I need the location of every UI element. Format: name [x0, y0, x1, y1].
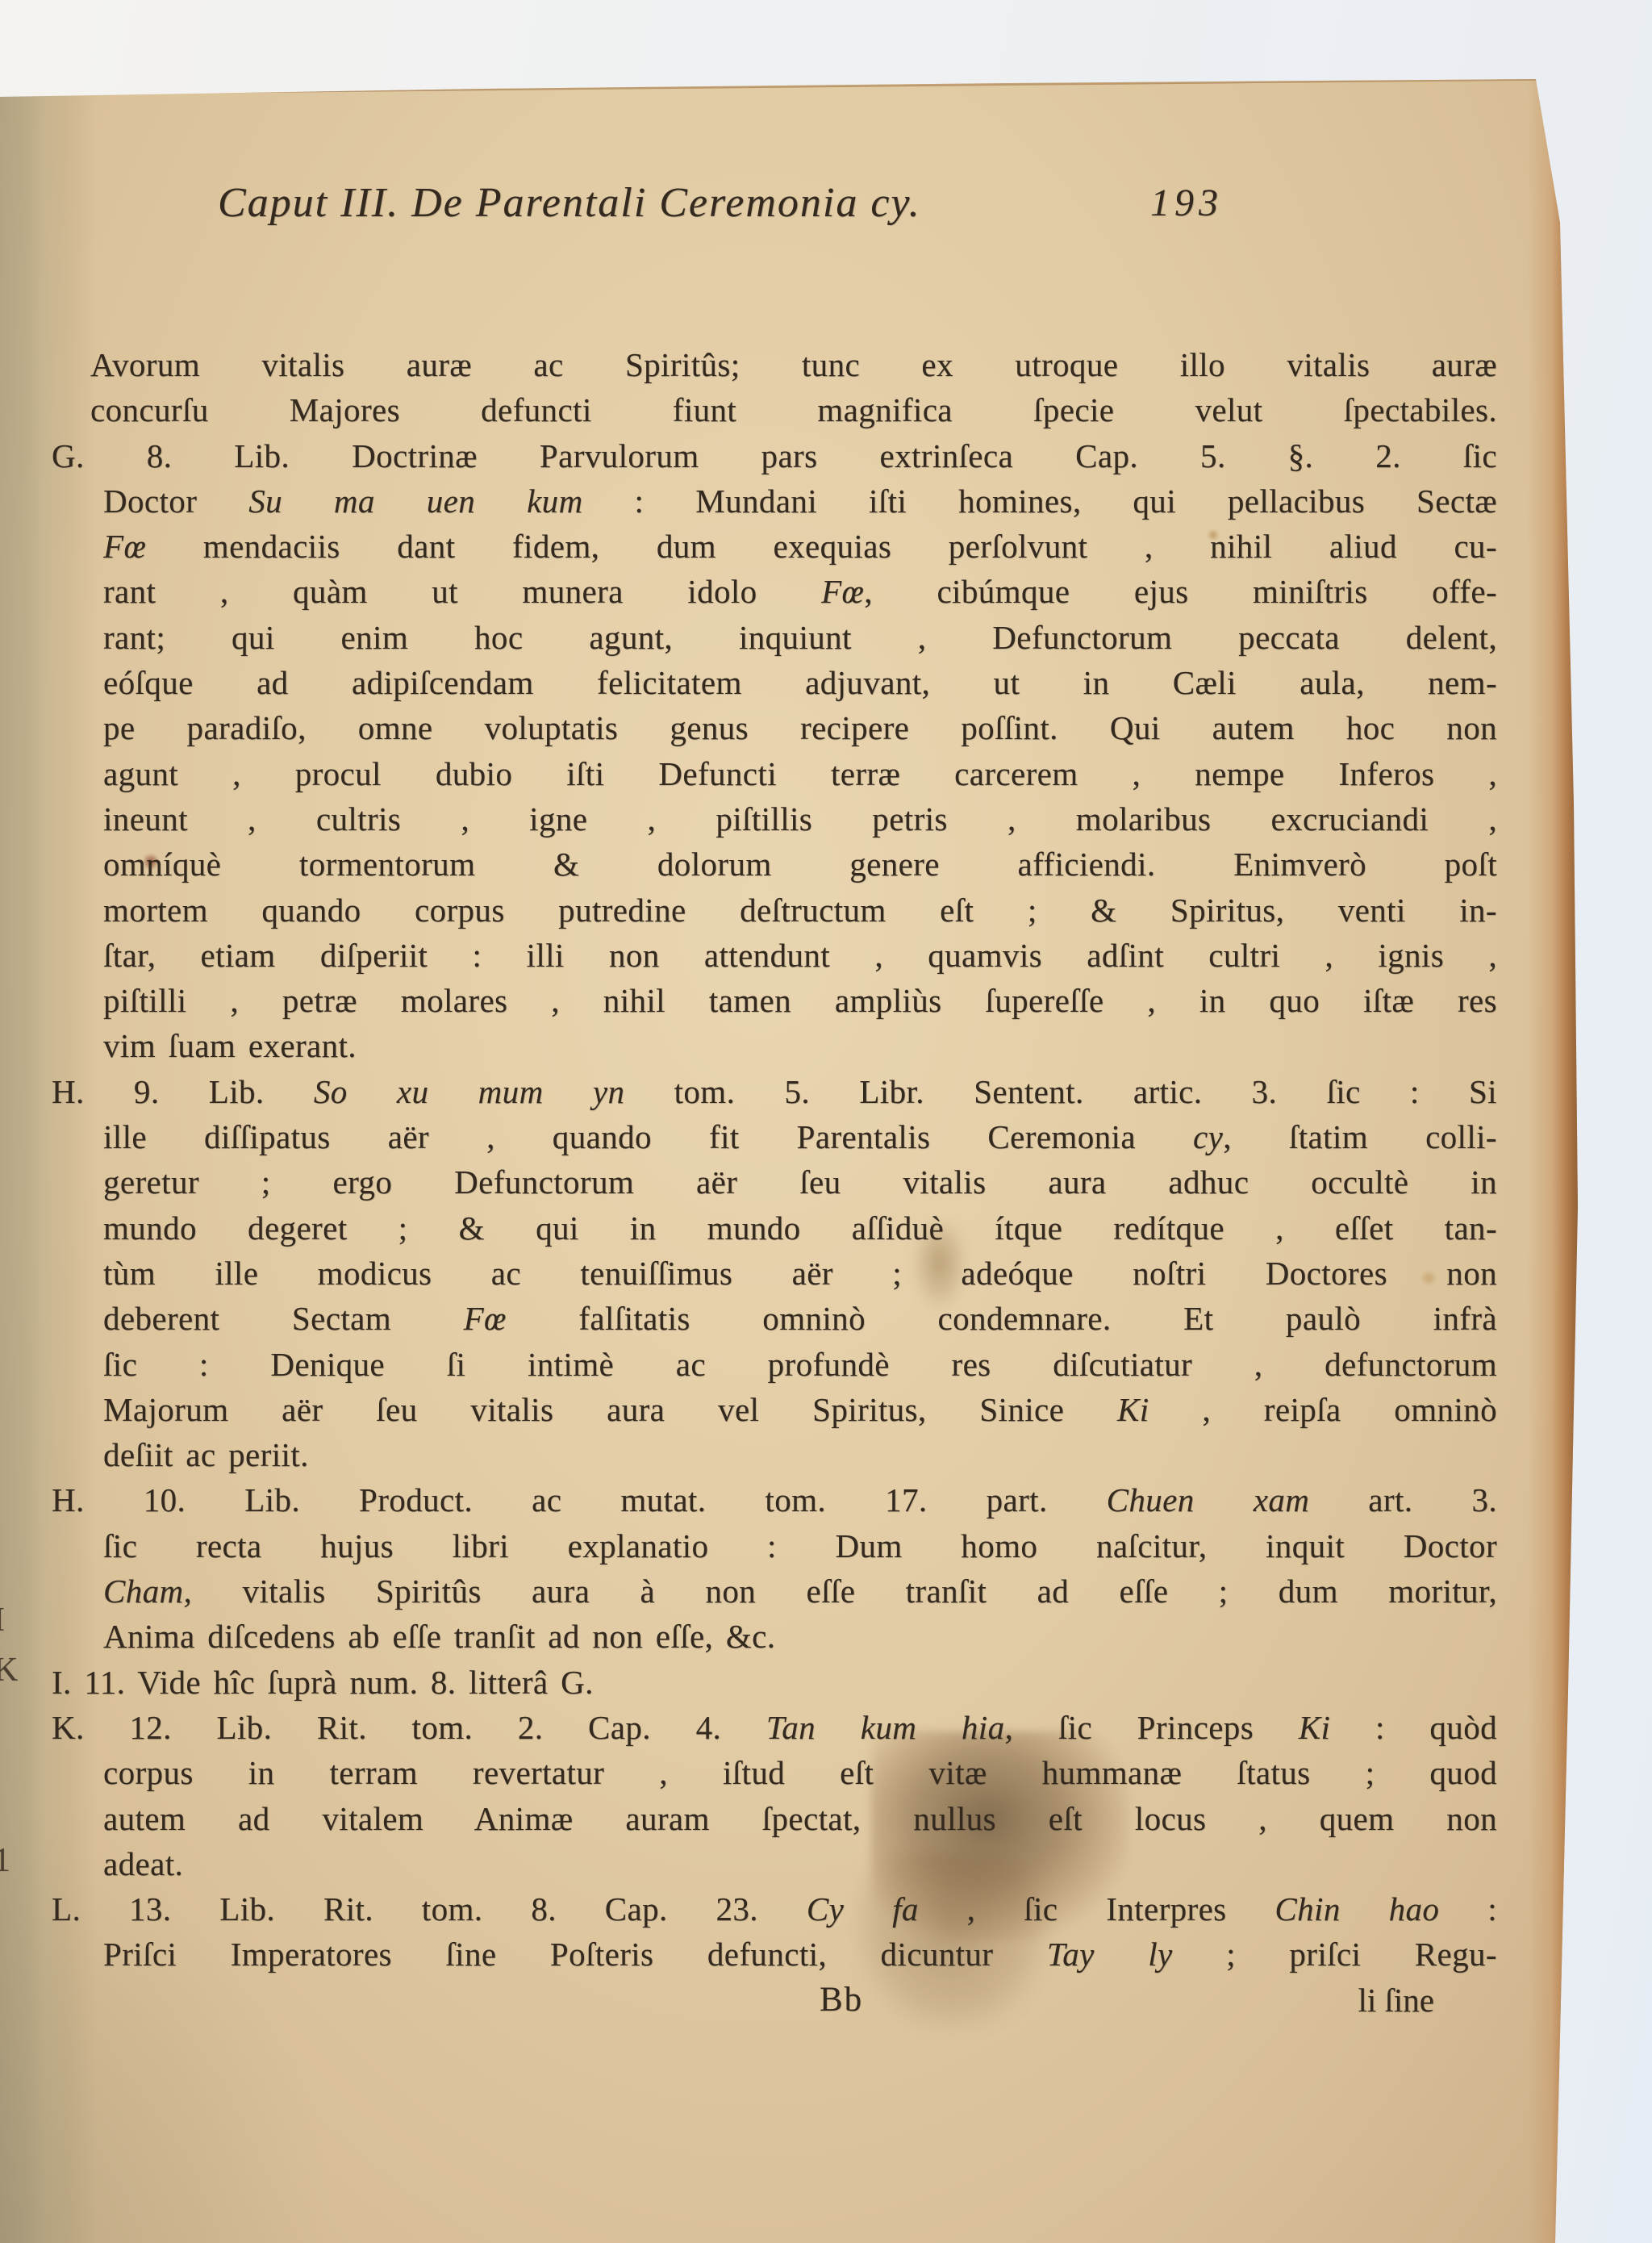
text-line: H. 10. Lib. Product. ac mutat. tom. 17. … [52, 1477, 1497, 1522]
text-line: corpus in terram revertatur , iſtud eſt … [52, 1750, 1497, 1795]
text-segment: Su ma uen kum [248, 482, 582, 520]
page-fore-edge [1528, 77, 1579, 2243]
text-segment: omníquè tormentorum & dolorum genere aff… [103, 846, 1497, 883]
page-top-edge [0, 77, 1539, 95]
text-line: rant; qui enim hoc agunt, inquiunt , Def… [52, 615, 1497, 660]
scanned-book-page: IK1 Caput III. De Parentali Ceremonia cy… [0, 0, 1652, 2243]
text-line: Priſci Imperatores ſine Poſteris defunct… [52, 1932, 1497, 1977]
text-line: mundo degeret ; & qui in mundo aſſiduè í… [52, 1205, 1497, 1251]
text-segment: deſiit ac periit. [103, 1436, 309, 1473]
text-segment: ſic recta hujus libri explanatio : Dum h… [103, 1527, 1497, 1564]
catchword: li ſine [1358, 1978, 1434, 2023]
text-line: piſtilli , petræ molares , nihil tamen a… [52, 978, 1497, 1023]
text-segment: Avorum vitalis auræ ac Spiritûs; tunc ex… [90, 346, 1497, 383]
text-segment: Fœ [464, 1300, 507, 1337]
showthrough-letter: I [0, 1601, 29, 1639]
text-line: rant , quàm ut munera idolo Fœ, cibúmque… [52, 569, 1497, 614]
text-line: concurſu Majores defuncti fiunt magnific… [52, 387, 1497, 432]
text-segment: mendaciis dant fidem, dum exequias perſo… [146, 528, 1497, 565]
text-segment: , ſtatim colli- [1223, 1118, 1497, 1155]
text-block: Caput III. De Parentali Ceremonia cy. 19… [52, 179, 1504, 2024]
text-segment: Majorum aër ſeu vitalis aura vel Spiritu… [103, 1391, 1117, 1428]
text-segment: Chuen xam [1107, 1481, 1310, 1518]
text-segment: H. 9. Lib. [52, 1073, 314, 1110]
text-line: Majorum aër ſeu vitalis aura vel Spiritu… [52, 1387, 1497, 1432]
showthrough-letter: 1 [0, 1841, 29, 1880]
text-line: G. 8. Lib. Doctrinæ Parvulorum pars extr… [52, 433, 1497, 478]
text-line: Fœ mendaciis dant fidem, dum exequias pe… [52, 524, 1497, 569]
text-line: K. 12. Lib. Rit. tom. 2. Cap. 4. Tan kum… [52, 1705, 1497, 1750]
text-segment: agunt , procul dubio iſti Defuncti terræ… [103, 755, 1497, 792]
text-line: L. 13. Lib. Rit. tom. 8. Cap. 23. Cy fa … [52, 1886, 1497, 1932]
running-header: Caput III. De Parentali Ceremonia cy. 19… [52, 179, 1504, 257]
text-segment: : Mundani iſti homines, qui pellacibus S… [583, 482, 1497, 520]
text-segment: autem ad vitalem Animæ auram ſpectat, nu… [103, 1800, 1497, 1837]
text-segment: ſtar, etiam diſperiit : illi non attendu… [103, 937, 1497, 974]
text-segment: So xu mum yn [314, 1073, 625, 1110]
text-line: I. 11. Vide hîc ſuprà num. 8. litterâ G. [52, 1660, 1497, 1705]
text-line: Cham, vitalis Spiritûs aura à non eſſe t… [52, 1568, 1497, 1614]
chapter-title: Caput III. De Parentali Ceremonia cy. [218, 179, 921, 227]
text-segment: tom. 5. Libr. Sentent. artic. 3. ſic : S… [624, 1073, 1497, 1110]
text-segment: Cy fa [807, 1890, 919, 1928]
text-line: geretur ; ergo Defunctorum aër ſeu vital… [52, 1159, 1497, 1205]
text-segment: corpus in terram revertatur , iſtud eſt … [103, 1754, 1497, 1791]
text-segment: : quòd [1330, 1709, 1497, 1746]
text-segment: pe paradiſo, omne voluptatis genus recip… [103, 709, 1497, 746]
text-segment: tùm ille modicus ac tenuiſſimus aër ; ad… [103, 1255, 1497, 1292]
text-segment: Priſci Imperatores ſine Poſteris defunct… [103, 1936, 1047, 1973]
text-segment: Chin hao [1274, 1890, 1439, 1928]
text-line: eóſque ad adipiſcendam felicitatem adjuv… [52, 660, 1497, 705]
text-segment: Tan kum hia, [766, 1709, 1013, 1746]
text-segment: mundo degeret ; & qui in mundo aſſiduè í… [103, 1209, 1497, 1247]
text-segment: H. 10. Lib. Product. ac mutat. tom. 17. … [52, 1481, 1107, 1518]
text-segment: Doctor [103, 482, 248, 520]
text-segment: deberent Sectam [103, 1300, 464, 1337]
text-line: H. 9. Lib. So xu mum yn tom. 5. Libr. Se… [52, 1069, 1497, 1114]
text-line: Doctor Su ma uen kum : Mundani iſti homi… [52, 478, 1497, 524]
signature-mark: Bb [820, 1978, 863, 2023]
text-segment: ſic Princeps [1013, 1709, 1299, 1746]
text-line: deberent Sectam Fœ falſitatis omninò con… [52, 1296, 1497, 1341]
text-line: ineunt , cultris , igne , piſtillis petr… [52, 796, 1497, 842]
text-line: omníquè tormentorum & dolorum genere aff… [52, 842, 1497, 887]
text-segment: art. 3. [1309, 1481, 1497, 1518]
text-line: agunt , procul dubio iſti Defuncti terræ… [52, 751, 1497, 796]
page-footer: Bb li ſine [52, 1978, 1504, 2024]
text-segment: piſtilli , petræ molares , nihil tamen a… [103, 982, 1497, 1019]
text-line: adeat. [52, 1841, 1497, 1886]
text-segment: rant , quàm ut munera idolo [103, 573, 821, 610]
text-segment: : [1439, 1890, 1497, 1928]
text-line: autem ad vitalem Animæ auram ſpectat, nu… [52, 1796, 1497, 1841]
text-segment: Tay ly [1047, 1936, 1173, 1973]
body-text: Avorum vitalis auræ ac Spiritûs; tunc ex… [52, 342, 1504, 1978]
text-segment: ineunt , cultris , igne , piſtillis petr… [103, 800, 1497, 837]
text-segment: falſitatis omninò condemnare. Et paulò i… [507, 1300, 1497, 1337]
text-line: vim ſuam exerant. [52, 1023, 1497, 1068]
text-line: mortem quando corpus putredine deſtructu… [52, 888, 1497, 933]
text-line: Avorum vitalis auræ ac Spiritûs; tunc ex… [52, 342, 1497, 387]
text-segment: Ki [1117, 1391, 1149, 1428]
text-line: ſtar, etiam diſperiit : illi non attendu… [52, 933, 1497, 978]
text-segment: ſic : Denique ſi intimè ac profundè res … [103, 1346, 1497, 1383]
text-segment: Fœ [821, 573, 864, 610]
text-segment: I. 11. Vide hîc ſuprà num. 8. litterâ G. [52, 1664, 594, 1701]
text-segment: K. 12. Lib. Rit. tom. 2. Cap. 4. [52, 1709, 766, 1746]
text-segment: Fœ [103, 528, 146, 565]
text-segment: adeat. [103, 1845, 183, 1882]
text-line: ſic recta hujus libri explanatio : Dum h… [52, 1523, 1497, 1568]
text-line: ille diſſipatus aër , quando fit Parenta… [52, 1114, 1497, 1159]
text-segment: ; priſci Regu- [1173, 1936, 1497, 1973]
text-segment: eóſque ad adipiſcendam felicitatem adjuv… [103, 664, 1497, 701]
text-segment: ille diſſipatus aër , quando fit Parenta… [103, 1118, 1193, 1155]
text-segment: L. 13. Lib. Rit. tom. 8. Cap. 23. [52, 1890, 807, 1928]
text-segment: vim ſuam exerant. [103, 1027, 357, 1064]
text-segment: concurſu Majores defuncti fiunt magnific… [90, 391, 1497, 428]
text-segment: Ki [1299, 1709, 1331, 1746]
text-segment: geretur ; ergo Defunctorum aër ſeu vital… [103, 1163, 1497, 1201]
text-segment: , cibúmque ejus miniſtris offe- [864, 573, 1497, 610]
text-segment: , reipſa omninò [1149, 1391, 1497, 1428]
text-line: pe paradiſo, omne voluptatis genus recip… [52, 705, 1497, 750]
text-line: tùm ille modicus ac tenuiſſimus aër ; ad… [52, 1251, 1497, 1296]
text-segment: rant; qui enim hoc agunt, inquiunt , Def… [103, 619, 1497, 656]
text-segment: mortem quando corpus putredine deſtructu… [103, 892, 1497, 929]
text-segment: vitalis Spiritûs aura à non eſſe tranſit… [192, 1573, 1497, 1610]
page-number: 193 [1150, 181, 1223, 225]
text-line: Anima diſcedens ab eſſe tranſit ad non e… [52, 1614, 1497, 1659]
text-segment: G. 8. Lib. Doctrinæ Parvulorum pars extr… [52, 437, 1497, 474]
page-sheet: IK1 Caput III. De Parentali Ceremonia cy… [0, 77, 1579, 2243]
text-segment: cy [1193, 1118, 1223, 1155]
showthrough-letter: K [0, 1651, 29, 1690]
text-line: deſiit ac periit. [52, 1432, 1497, 1477]
text-segment: Anima diſcedens ab eſſe tranſit ad non e… [103, 1618, 775, 1655]
text-segment: Cham, [103, 1573, 192, 1610]
text-segment: , ſic Interpres [919, 1890, 1275, 1928]
text-line: ſic : Denique ſi intimè ac profundè res … [52, 1342, 1497, 1387]
